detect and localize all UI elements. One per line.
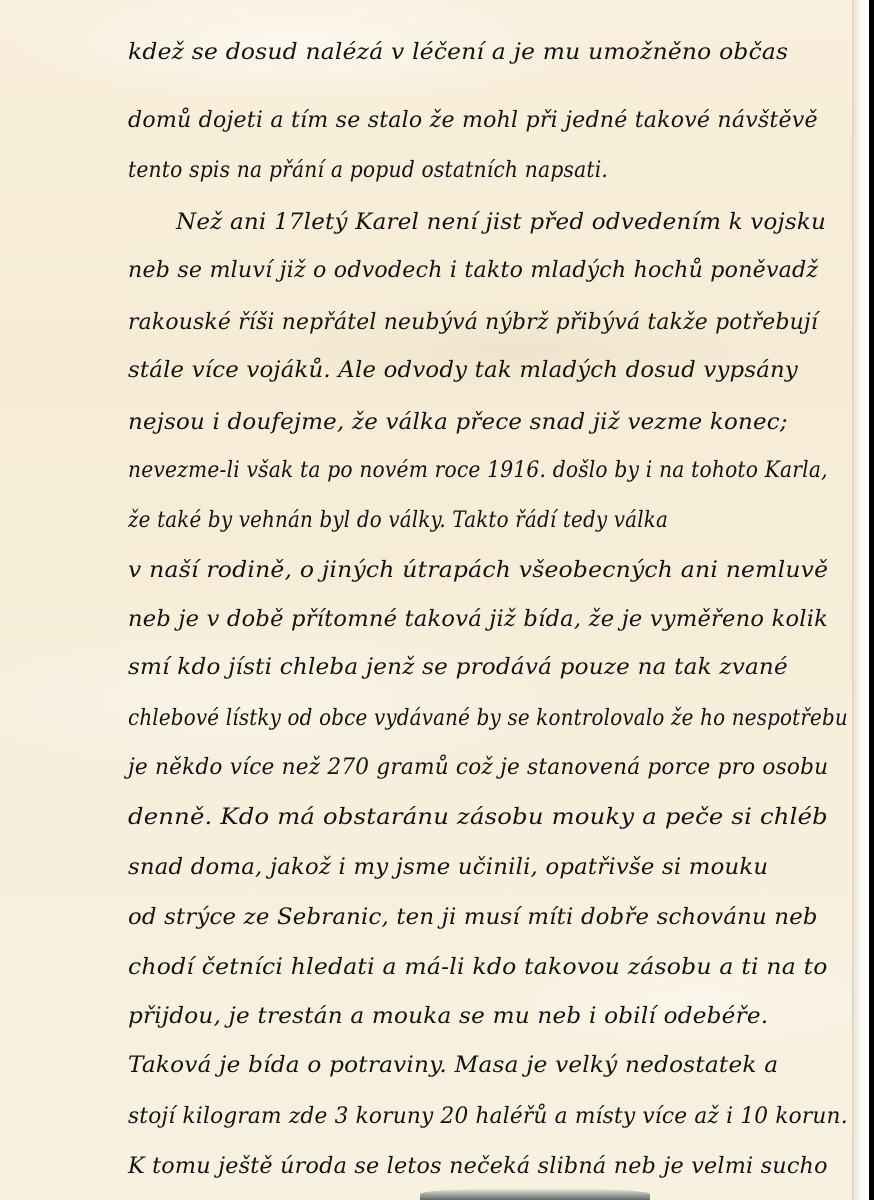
text-line: smí kdo jísti chleba jenž se prodává pou… xyxy=(128,655,788,680)
text-line: chlebové lístky od obce vydávané by se k… xyxy=(128,706,848,731)
text-line: Než ani 17letý Karel není jist před odve… xyxy=(176,210,826,235)
text-line: že také by vehnán byl do války. Takto řá… xyxy=(128,508,668,533)
text-line: rakouské říši nepřátel neubývá nýbrž při… xyxy=(128,310,818,335)
text-line: je někdo více než 270 gramů což je stano… xyxy=(128,755,828,780)
text-line: stále více vojáků. Ale odvody tak mladýc… xyxy=(128,358,798,383)
text-line: neb se mluví již o odvodech i takto mlad… xyxy=(128,258,818,283)
text-line: od strýce ze Sebranic, ten ji musí míti … xyxy=(128,905,818,930)
text-line: snad doma, jakož i my jsme učinili, opat… xyxy=(128,855,768,880)
paper-page: kdež se dosud nalézá v léčení a je mu um… xyxy=(0,0,852,1200)
text-line: přijdou, je trestán a mouka se mu neb i … xyxy=(128,1004,768,1029)
text-line: denně. Kdo má obstaránu zásobu mouky a p… xyxy=(128,805,828,830)
text-line: nevezme-li však ta po novém roce 1916. d… xyxy=(128,458,828,483)
handwritten-text-body: kdež se dosud nalézá v léčení a je mu um… xyxy=(0,0,852,1200)
text-line: stojí kilogram zde 3 koruny 20 haléřů a … xyxy=(128,1104,848,1129)
paper-edge xyxy=(852,0,869,1200)
text-line: domů dojeti a tím se stalo že mohl při j… xyxy=(128,108,818,133)
scan-shadow xyxy=(420,1188,650,1200)
text-line: neb je v době přítomné taková již bída, … xyxy=(128,607,828,632)
text-line: kdež se dosud nalézá v léčení a je mu um… xyxy=(128,40,788,65)
text-line: K tomu ještě úroda se letos nečeká slibn… xyxy=(128,1154,828,1179)
text-line: nejsou i doufejme, že válka přece snad j… xyxy=(128,410,788,435)
text-line: Taková je bída o potraviny. Masa je velk… xyxy=(128,1053,778,1078)
text-line: tento spis na přání a popud ostatních na… xyxy=(128,158,608,183)
text-line: chodí četníci hledati a má-li kdo takovo… xyxy=(128,955,828,980)
text-line: v naší rodině, o jiných útrapách všeobec… xyxy=(128,558,828,583)
